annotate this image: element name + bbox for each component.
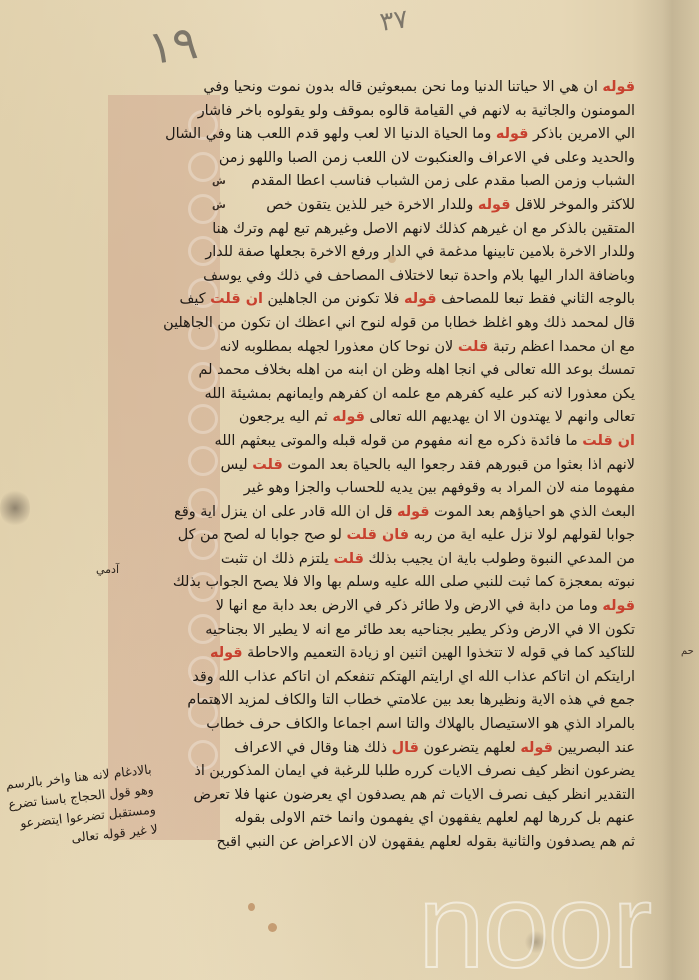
body-text: تكون الا في الارض وذكر يطير بجناحيه بعد … [205, 622, 635, 638]
rubric-word: قوله [404, 291, 437, 307]
body-text: قل ان الله قادر على ان ينزل اية وقع [174, 504, 397, 520]
body-text: وللدار الاخرة بلامين تابينها مدغمة في ال… [205, 244, 635, 260]
body-text: يلتزم ذلك ان تثبت [221, 551, 334, 567]
body-text: والحديد وعلى في الاعراف والعنكبوت لان ال… [219, 150, 635, 166]
manuscript-line: من المدعي النبوة وطولب باية ان يجيب بذلك… [160, 548, 635, 572]
rubric-word: قلت [252, 457, 283, 473]
rubric-word: قوله [496, 126, 529, 142]
manuscript-line: بالمراد الذي هو الاستيصال بالهلاك والتا … [160, 713, 635, 737]
paper-spot [268, 923, 277, 932]
manuscript-line: البعث الذي هو احياؤهم بعد الموت قوله قل … [160, 501, 635, 525]
manuscript-line: مفهوما منه لان المراد به وقوفهم بين يديه… [160, 477, 635, 501]
noor-watermark-logo: noor [418, 866, 650, 980]
manuscript-line: تمسك بوعد الله تعالى في انجا اهله وظن ان… [160, 359, 635, 383]
body-text: ارايتكم ان اتاكم عذاب الله اي ارايتم اله… [192, 669, 635, 685]
body-text: تعالى وانهم لا يهتدون الا ان يهديهم الله… [365, 409, 635, 425]
manuscript-line: عند البصريين قوله لعلهم يتضرعون قال ذلك … [160, 737, 635, 761]
manuscript-line: التقدير انظر كيف نصرف الايات ثم هم يصدفو… [160, 784, 635, 808]
body-text: البعث الذي هو احياؤهم بعد الموت [430, 504, 635, 520]
body-text: مفهوما منه لان المراد به وقوفهم بين يديه… [244, 480, 635, 496]
body-text: قال لمحمد ذلك وهو اغلظ خطابا من قوله لنو… [163, 315, 635, 331]
body-text: بالمراد الذي هو الاستيصال بالهلاك والتا … [206, 716, 635, 732]
body-text: ما فائدة ذكره مع انه مفهوم من قوله قبله … [215, 433, 583, 449]
paper-spot [248, 903, 255, 911]
manuscript-line: بالوجه الثاني فقط تبعا للمصاحف قوله فلا … [160, 288, 635, 312]
body-text: مع ان محمدا اعظم رتبة [488, 339, 635, 355]
rubric-word: قوله [332, 409, 365, 425]
body-text: وللدار الاخرة خير للذين يتقون خص [266, 197, 478, 213]
body-text: المومنون والجاثية به لانهم في القيامة قا… [198, 103, 635, 119]
manuscript-line: ارايتكم ان اتاكم عذاب الله اي ارايتم اله… [160, 666, 635, 690]
body-text: للاكثر والموخر للاقل [511, 197, 636, 213]
rubric-word: قوله [602, 598, 635, 614]
marginal-note-bottom-left: بالادغام لانه هنا واخر بالرسم وهو قول ال… [0, 760, 159, 857]
body-text: وما الحياة الدنيا الا لعب ولهو قدم اللعب… [165, 126, 496, 142]
rubric-word: قوله [520, 740, 553, 756]
manuscript-line: يضرعون انظر كيف نصرف الايات كرره طلبا لل… [160, 760, 635, 784]
body-text: ان هي الا حياتنا الدنيا وما نحن بمبعوثين… [203, 79, 602, 95]
marginal-rubric-mark: ش [212, 176, 226, 187]
manuscript-line: قوله ان هي الا حياتنا الدنيا وما نحن بمب… [160, 76, 635, 100]
manuscript-line: ان قلت ما فائدة ذكره مع انه مفهوم من قول… [160, 430, 635, 454]
body-text: للتاكيد كما في قوله لا تتخذوا الهين اثني… [243, 645, 635, 661]
body-text: ذلك هنا وقال في الاعراف [234, 740, 391, 756]
body-text: لعلهم يتضرعون [419, 740, 520, 756]
body-text: الي الامرين باذكر [528, 126, 635, 142]
rubric-word: ان قلت [210, 291, 263, 307]
manuscript-line: يكن معذورا لانه كبر عليه كفرهم مع علمه ا… [160, 383, 635, 407]
manuscript-line: ثم هم يصدفون والثانية بقوله لعلهم يفقهون… [160, 831, 635, 855]
body-text: يكن معذورا لانه كبر عليه كفرهم مع علمه ا… [205, 386, 635, 402]
manuscript-line: المومنون والجاثية به لانهم في القيامة قا… [160, 100, 635, 124]
rubric-word: قوله [210, 645, 243, 661]
body-text: جوابا لقولهم لولا نزل عليه اية من ربه [409, 527, 635, 543]
marginal-rubric-mark: ش [212, 200, 226, 211]
manuscript-line: عنهم بل كررها لهم لعلهم يفقهون اي يفهمون… [160, 807, 635, 831]
rubric-word: ان قلت [582, 433, 635, 449]
manuscript-line: للتاكيد كما في قوله لا تتخذوا الهين اثني… [160, 642, 635, 666]
manuscript-line: مع ان محمدا اعظم رتبة قلت لان نوحا كان م… [160, 336, 635, 360]
manuscript-line: المتقين بالذكر مع ان غيرهم كذلك لانهم ال… [160, 218, 635, 242]
page-fold-shadow [632, 0, 699, 980]
ink-stain [0, 488, 30, 528]
body-text: وما من دابة في الارض ولا طائر ذكر في الا… [216, 598, 603, 614]
body-text: من المدعي النبوة وطولب باية ان يجيب بذلك [364, 551, 635, 567]
body-text: نبوته بمعجزة كما ثبت للنبي صلى الله عليه… [173, 574, 635, 590]
manuscript-line: جمع في هذه الاية ونظيرها بعد بين علامتي … [160, 689, 635, 713]
body-text: عنهم بل كررها لهم لعلهم يفقهون اي يفهمون… [235, 810, 636, 826]
body-text: المتقين بالذكر مع ان غيرهم كذلك لانهم ال… [212, 221, 635, 237]
rubric-word: قوله [478, 197, 511, 213]
manuscript-line: قوله وما من دابة في الارض ولا طائر ذكر ف… [160, 595, 635, 619]
manuscript-line: الشباب وزمن الصبا مقدم على زمن الشباب فن… [160, 170, 635, 194]
marginal-fragment: حم [681, 646, 694, 657]
manuscript-line: تعالى وانهم لا يهتدون الا ان يهديهم الله… [160, 406, 635, 430]
manuscript-line: نبوته بمعجزة كما ثبت للنبي صلى الله عليه… [160, 571, 635, 595]
manuscript-line: جوابا لقولهم لولا نزل عليه اية من ربه فا… [160, 524, 635, 548]
folio-number-pencil: ١٩ [144, 15, 200, 75]
rubric-word: قلت [458, 339, 489, 355]
body-text: الشباب وزمن الصبا مقدم على زمن الشباب فن… [251, 173, 635, 189]
body-text: ليس [221, 457, 253, 473]
rubric-word: قوله [397, 504, 430, 520]
body-text: ثم هم يصدفون والثانية بقوله لعلهم يفقهون… [217, 834, 635, 850]
body-text: ثم اليه يرجعون [239, 409, 333, 425]
body-text: وباضافة الدار اليها بلام واحدة تبعا لاخت… [203, 268, 635, 284]
manuscript-line: وباضافة الدار اليها بلام واحدة تبعا لاخت… [160, 265, 635, 289]
body-text: لان نوحا كان معذورا لجهله بمطلوبه لانه [220, 339, 458, 355]
body-text: بالوجه الثاني فقط تبعا للمصاحف [437, 291, 635, 307]
rubric-word: قلت [333, 551, 364, 567]
manuscript-line: قال لمحمد ذلك وهو اغلظ خطابا من قوله لنو… [160, 312, 635, 336]
rubric-word: قوله [602, 79, 635, 95]
body-text: تمسك بوعد الله تعالى في انجا اهله وظن ان… [199, 362, 635, 378]
body-text: فلا تكونن من الجاهلين [263, 291, 404, 307]
marginal-word: آدمي [96, 563, 119, 576]
body-text: جمع في هذه الاية ونظيرها بعد بين علامتي … [187, 692, 635, 708]
folio-number-secondary: ٣٧ [378, 4, 410, 38]
rubric-word: فان قلت [346, 527, 409, 543]
main-text-block: قوله ان هي الا حياتنا الدنيا وما نحن بمب… [160, 76, 635, 855]
manuscript-page: ١٩ ٣٧ قوله ان هي الا حياتنا الدنيا وما ن… [0, 0, 699, 980]
manuscript-line: للاكثر والموخر للاقل قوله وللدار الاخرة … [160, 194, 635, 218]
body-text: يضرعون انظر كيف نصرف الايات كرره طلبا لل… [194, 763, 635, 779]
manuscript-line: الي الامرين باذكر قوله وما الحياة الدنيا… [160, 123, 635, 147]
body-text: لانهم اذا بعثوا من قبورهم فقد رجعوا اليه… [283, 457, 635, 473]
body-text: عند البصريين [553, 740, 635, 756]
body-text: التقدير انظر كيف نصرف الايات ثم هم يصدفو… [194, 787, 635, 803]
manuscript-line: تكون الا في الارض وذكر يطير بجناحيه بعد … [160, 619, 635, 643]
body-text: كيف [180, 291, 211, 307]
manuscript-line: وللدار الاخرة بلامين تابينها مدغمة في ال… [160, 241, 635, 265]
rubric-word: قال [392, 740, 419, 756]
manuscript-line: والحديد وعلى في الاعراف والعنكبوت لان ال… [160, 147, 635, 171]
body-text: لو صح جوابا له لصح من كل [178, 527, 347, 543]
manuscript-line: لانهم اذا بعثوا من قبورهم فقد رجعوا اليه… [160, 454, 635, 478]
